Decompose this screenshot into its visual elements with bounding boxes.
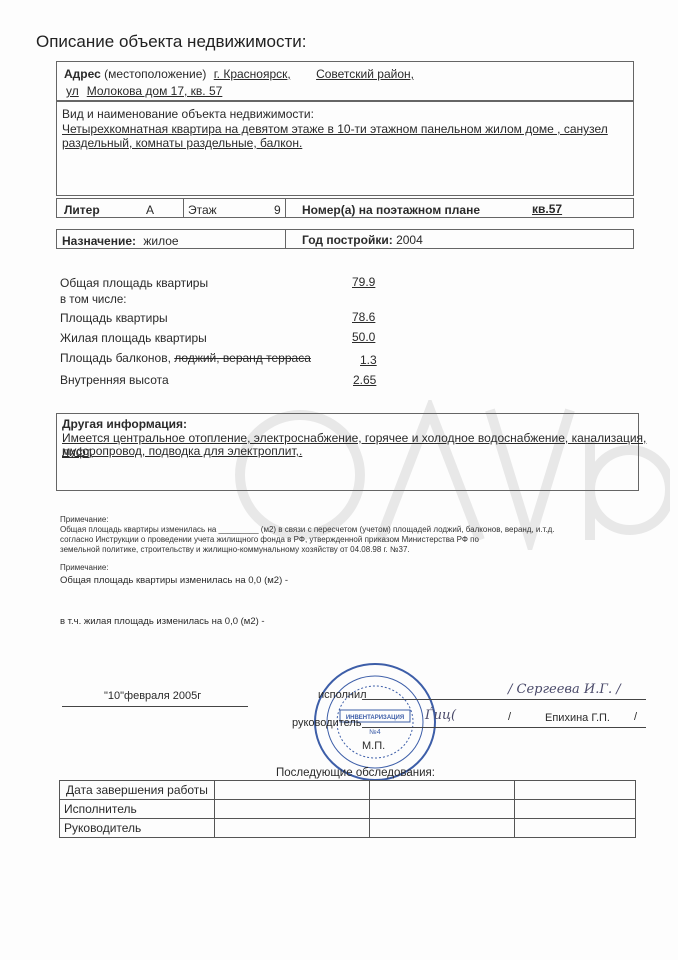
purpose-divider <box>285 229 286 249</box>
balcony-struck-text: лоджий, веранд терраса <box>174 351 311 365</box>
other-info-line-2: мусоропровод, подводка для электроплит,. <box>62 444 302 458</box>
floor-label: Этаж <box>188 203 217 217</box>
living-area-label: Жилая площадь квартиры <box>60 331 207 345</box>
head-signature-icon: Ѓиц( <box>425 708 456 723</box>
other-info-label: Другая информация: <box>62 417 187 431</box>
plan-label: Номер(а) на поэтажном плане <box>302 203 480 217</box>
address-district: Советский район, <box>316 67 414 81</box>
later-inspections-title: Последующие обследования: <box>276 767 435 779</box>
apartment-area-label: Площадь квартиры <box>60 311 168 325</box>
executor-label: исполнил <box>318 689 367 701</box>
table-cell[interactable] <box>215 781 370 800</box>
table-cell[interactable] <box>515 781 636 800</box>
object-line-2: раздельный, комнаты раздельные, балкон. <box>62 136 302 150</box>
balcony-area-label: Площадь балконов, лоджий, веранд терраса <box>60 351 311 365</box>
row-label: Исполнитель <box>60 800 215 819</box>
head-line <box>362 727 646 728</box>
liter-value: А <box>146 203 154 217</box>
object-label: Вид и наименование объекта недвижимости: <box>62 107 314 121</box>
plan-value: кв.57 <box>532 202 562 216</box>
table-row: Дата завершения работы <box>60 781 636 800</box>
year-field: Год постройки: 2004 <box>302 233 423 247</box>
object-line-1: Четырехкомнатная квартира на девятом эта… <box>62 122 608 136</box>
including-label: в том числе: <box>60 294 126 306</box>
height-label: Внутренняя высота <box>60 373 169 387</box>
table-cell[interactable] <box>515 819 636 838</box>
year-label: Год постройки: <box>302 233 393 247</box>
executor-line <box>362 699 646 700</box>
total-area-label: Общая площадь квартиры <box>60 276 208 290</box>
table-cell[interactable] <box>515 800 636 819</box>
purpose-field: Назначение: жилое <box>62 234 179 248</box>
living-change-text: в т.ч. жилая площадь изменилась на 0,0 (… <box>60 616 265 627</box>
page-title: Описание объекта недвижимости: <box>36 32 306 52</box>
note1-line-3: земельной политике, строительству и жили… <box>60 545 410 554</box>
address-label: Адрес <box>64 67 101 81</box>
row-label: Руководитель <box>60 819 215 838</box>
head-name: Епихина Г.П. <box>545 712 610 724</box>
head-slash-end: / <box>634 711 637 723</box>
table-row: Исполнитель <box>60 800 636 819</box>
address-line-2: улМолокова дом 17, кв. 57 <box>66 84 222 98</box>
height-value: 2.65 <box>353 373 376 387</box>
table-cell[interactable] <box>370 819 515 838</box>
street-prefix: ул <box>66 84 87 98</box>
note2-label: Примечание: <box>60 563 109 572</box>
mp-label: М.П. <box>362 740 385 752</box>
table-cell[interactable] <box>215 819 370 838</box>
svg-text:№4: №4 <box>369 729 381 736</box>
date-line <box>62 706 248 707</box>
signature-date: "10"февраля 2005г <box>104 690 201 702</box>
purpose-value: жилое <box>143 234 178 248</box>
living-area-value: 50.0 <box>352 330 375 344</box>
address-city: г. Красноярск, <box>214 67 305 81</box>
note1-line-1: Общая площадь квартиры изменилась на ___… <box>60 525 555 534</box>
row-label: Дата завершения работы <box>60 781 215 800</box>
liter-divider <box>183 198 184 218</box>
note1-line-2: согласно Инструкции о проведении учета ж… <box>60 535 479 544</box>
balcony-label: Площадь балконов, <box>60 351 171 365</box>
apartment-area-value: 78.6 <box>352 310 375 324</box>
year-value: 2004 <box>396 233 423 247</box>
liter-label: Литер <box>64 203 100 217</box>
head-slash-start: / <box>508 711 511 723</box>
street-value: Молокова дом 17, кв. 57 <box>87 84 223 98</box>
executor-signature: / Сергеева И.Г. / <box>508 682 621 697</box>
total-area-value: 79.9 <box>352 275 375 289</box>
floor-divider <box>285 198 286 218</box>
note1-label: Примечание: <box>60 515 109 524</box>
address-line-1: Адрес (местоположение) г. Красноярск, Со… <box>64 67 414 81</box>
table-row: Руководитель <box>60 819 636 838</box>
floor-value: 9 <box>274 203 281 217</box>
note2-text: Общая площадь квартиры изменилась на 0,0… <box>60 575 288 586</box>
head-label: руководитель <box>292 717 362 729</box>
address-sublabel: (местоположение) <box>104 67 206 81</box>
table-cell[interactable] <box>370 800 515 819</box>
later-inspections-table: Дата завершения работы Исполнитель Руков… <box>59 780 636 838</box>
purpose-label: Назначение: <box>62 234 136 248</box>
table-cell[interactable] <box>370 781 515 800</box>
balcony-area-value: 1.3 <box>360 353 377 367</box>
table-cell[interactable] <box>215 800 370 819</box>
